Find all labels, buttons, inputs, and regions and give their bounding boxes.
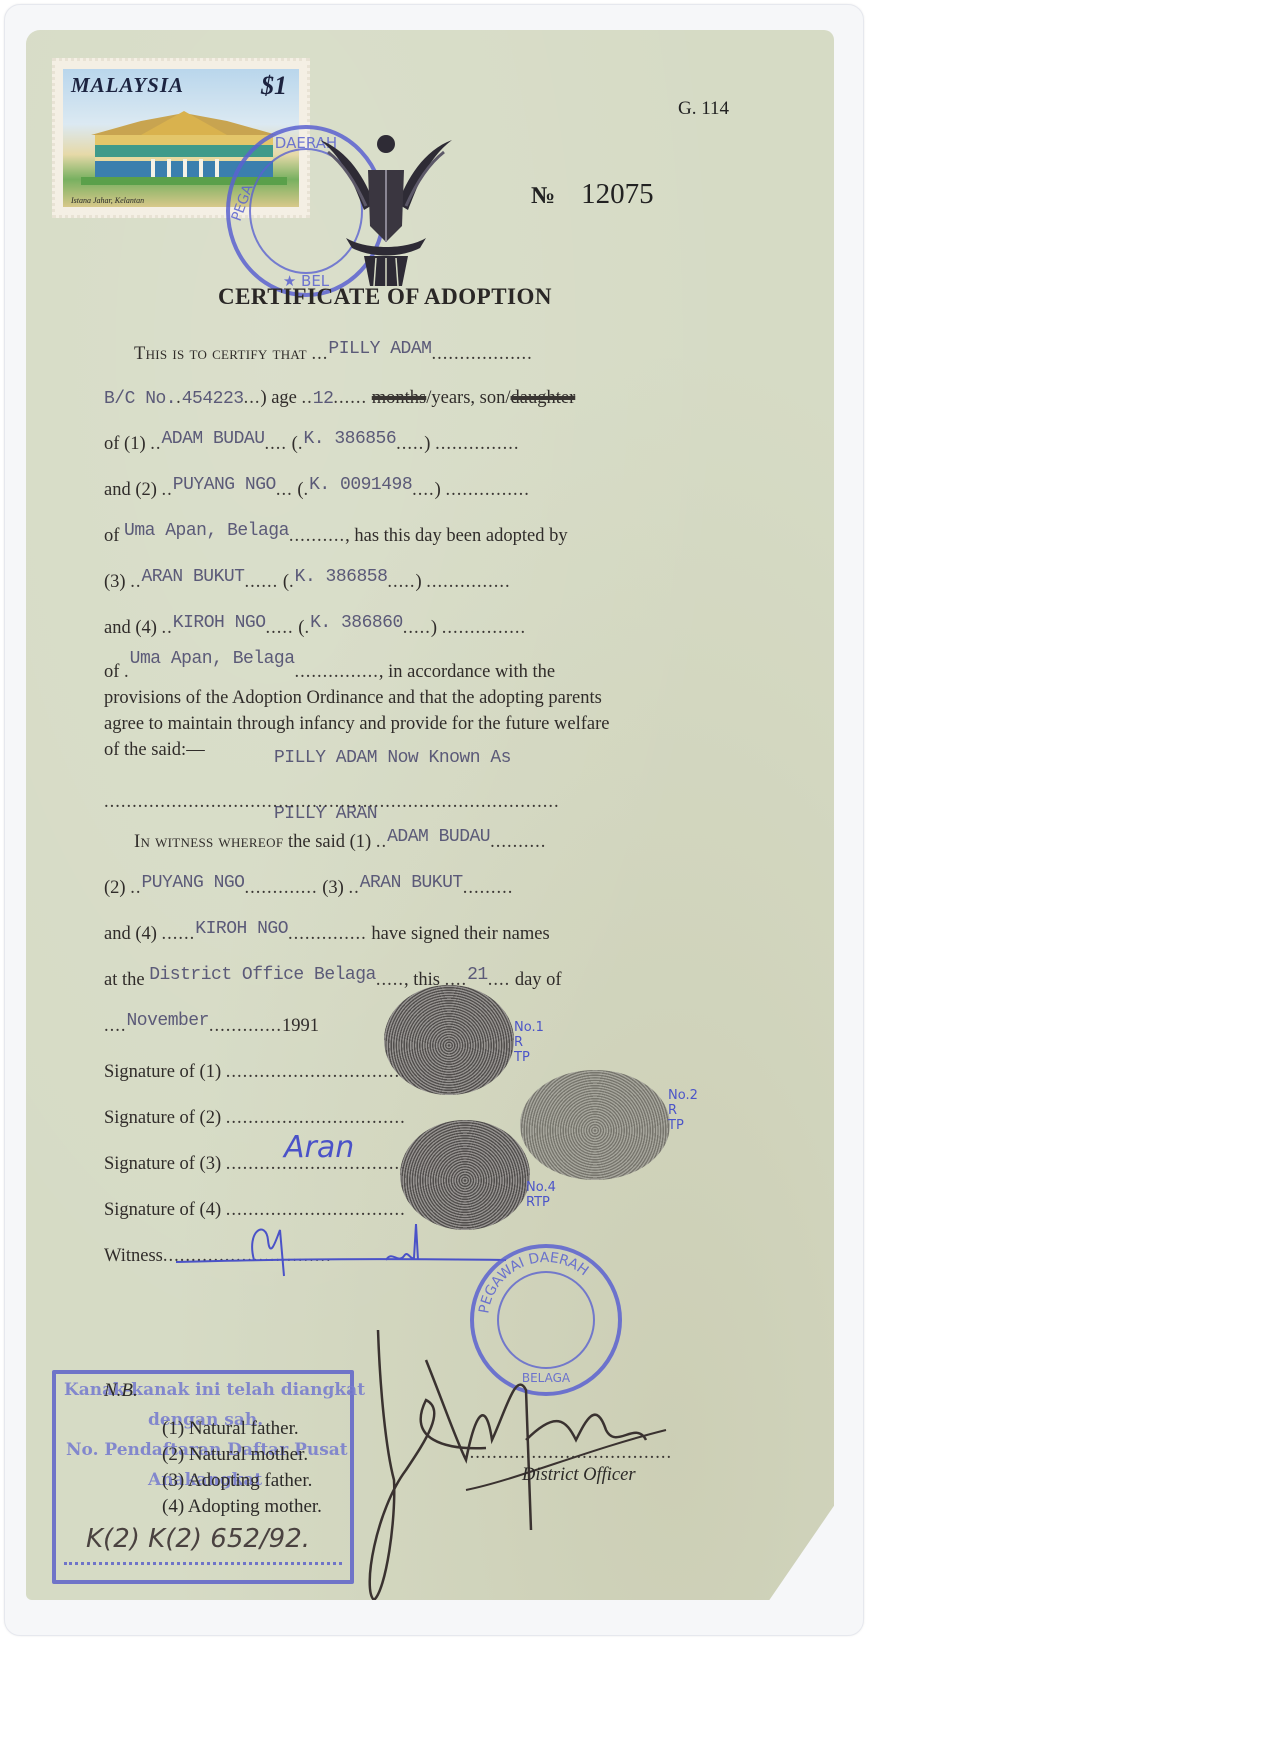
natural-mother-ic: K. 0091498: [309, 475, 412, 495]
adopting-mother-line: and (4) ..KIROH NGO..... (.K. 386860....…: [104, 616, 754, 641]
thumbprint-1-icon: [384, 985, 514, 1095]
new-name-dotted-rule: ........................................…: [104, 790, 754, 814]
adopting-address-line: of .Uma Apan, Belaga..............., in …: [104, 660, 754, 685]
provisions-line-2: agree to maintain through infancy and pr…: [104, 712, 754, 736]
svg-text:PEGAWAI DAERAH: PEGAWAI DAERAH: [476, 1250, 591, 1315]
certify-line: This is to certify that ...PILLY ADAM...…: [134, 342, 754, 367]
stamp-country: MALAYSIA: [71, 73, 184, 98]
number-symbol: №: [531, 183, 555, 209]
natural-father-ic: K. 386856: [303, 429, 396, 449]
adopting-mother-name: KIROH NGO: [173, 613, 266, 633]
adopting-father-name: ARAN BUKUT: [141, 567, 244, 587]
nb-item-4: (4) Adopting mother.: [162, 1496, 322, 1518]
signing-month: November: [127, 1011, 209, 1031]
signing-place: District Office Belaga: [149, 965, 376, 985]
adopting-father-ic: K. 386858: [295, 567, 388, 587]
certificate-document: MALAYSIA $1 Istana Jahar, Kelantan DAERA…: [26, 30, 834, 1600]
child-age: 12: [313, 389, 334, 409]
thumbprint-2-icon: [520, 1070, 670, 1180]
provisions-line-1: provisions of the Adoption Ordinance and…: [104, 686, 754, 710]
natural-address-line: of Uma Apan, Belaga.........., has this …: [104, 524, 754, 549]
page-title: CERTIFICATE OF ADOPTION: [26, 284, 834, 310]
handwritten-signature-3: Aran: [284, 1130, 354, 1165]
certificate-number: 12075: [581, 178, 654, 210]
bc-number: 454223: [182, 389, 244, 409]
signing-year: 1991: [282, 1016, 319, 1036]
birth-cert-age-line: B/C No..454223...) age ..12...... months…: [104, 386, 754, 411]
thumbprint-4-icon: [400, 1120, 530, 1230]
adopting-mother-ic: K. 386860: [310, 613, 403, 633]
natural-mother-name: PUYANG NGO: [173, 475, 276, 495]
natural-mother-line: and (2) ..PUYANG NGO... (.K. 0091498....…: [104, 478, 754, 503]
registration-number-handwritten: K(2) K(2) 652/92.: [86, 1524, 310, 1554]
district-officer-signature-line: .....................................: [464, 1443, 672, 1464]
bc-prefix: B/C No.: [104, 389, 176, 409]
natural-father-line: of (1) ..ADAM BUDAU.... (.K. 386856.....…: [104, 432, 754, 457]
thumbprint-1-note: No.1RTP: [514, 1020, 544, 1065]
new-name-line-1: PILLY ADAM Now Known As: [274, 746, 924, 770]
nb-label: N.B.: [104, 1380, 138, 1402]
nb-item-3: (3) Adopting father.: [162, 1470, 312, 1492]
form-code: G. 114: [678, 98, 729, 120]
natural-address: Uma Apan, Belaga: [124, 521, 289, 541]
signing-day: 21: [467, 965, 488, 985]
stamp-caption: Istana Jahar, Kelantan: [71, 196, 144, 205]
stamp-value: $1: [261, 71, 287, 101]
thumbprint-2-note: No.2RTP: [668, 1088, 698, 1133]
witness-line-1: In witness whereof the said (1) ..ADAM B…: [134, 830, 784, 855]
child-name: PILLY ADAM: [328, 339, 431, 359]
witness-line-3: and (4) ......KIROH NGO.............. ha…: [104, 922, 754, 947]
stamp-dotted-rule: [64, 1562, 342, 1565]
state-crest-hornbill-icon: [316, 130, 456, 290]
certificate-number-field: №12075: [531, 178, 654, 211]
witness-line-2: (2) ..PUYANG NGO............. (3) ..ARAN…: [104, 876, 754, 901]
nb-item-1: (1) Natural father.: [162, 1418, 299, 1440]
nb-item-2: (2) Natural mother.: [162, 1444, 308, 1466]
thumbprint-4-note: No.4RTP: [526, 1180, 556, 1210]
district-officer-label: District Officer: [522, 1465, 636, 1486]
natural-father-name: ADAM BUDAU: [161, 429, 264, 449]
adopting-address: Uma Apan, Belaga: [130, 649, 295, 669]
adopting-father-line: (3) ..ARAN BUKUT...... (.K. 386858.....)…: [104, 570, 754, 595]
